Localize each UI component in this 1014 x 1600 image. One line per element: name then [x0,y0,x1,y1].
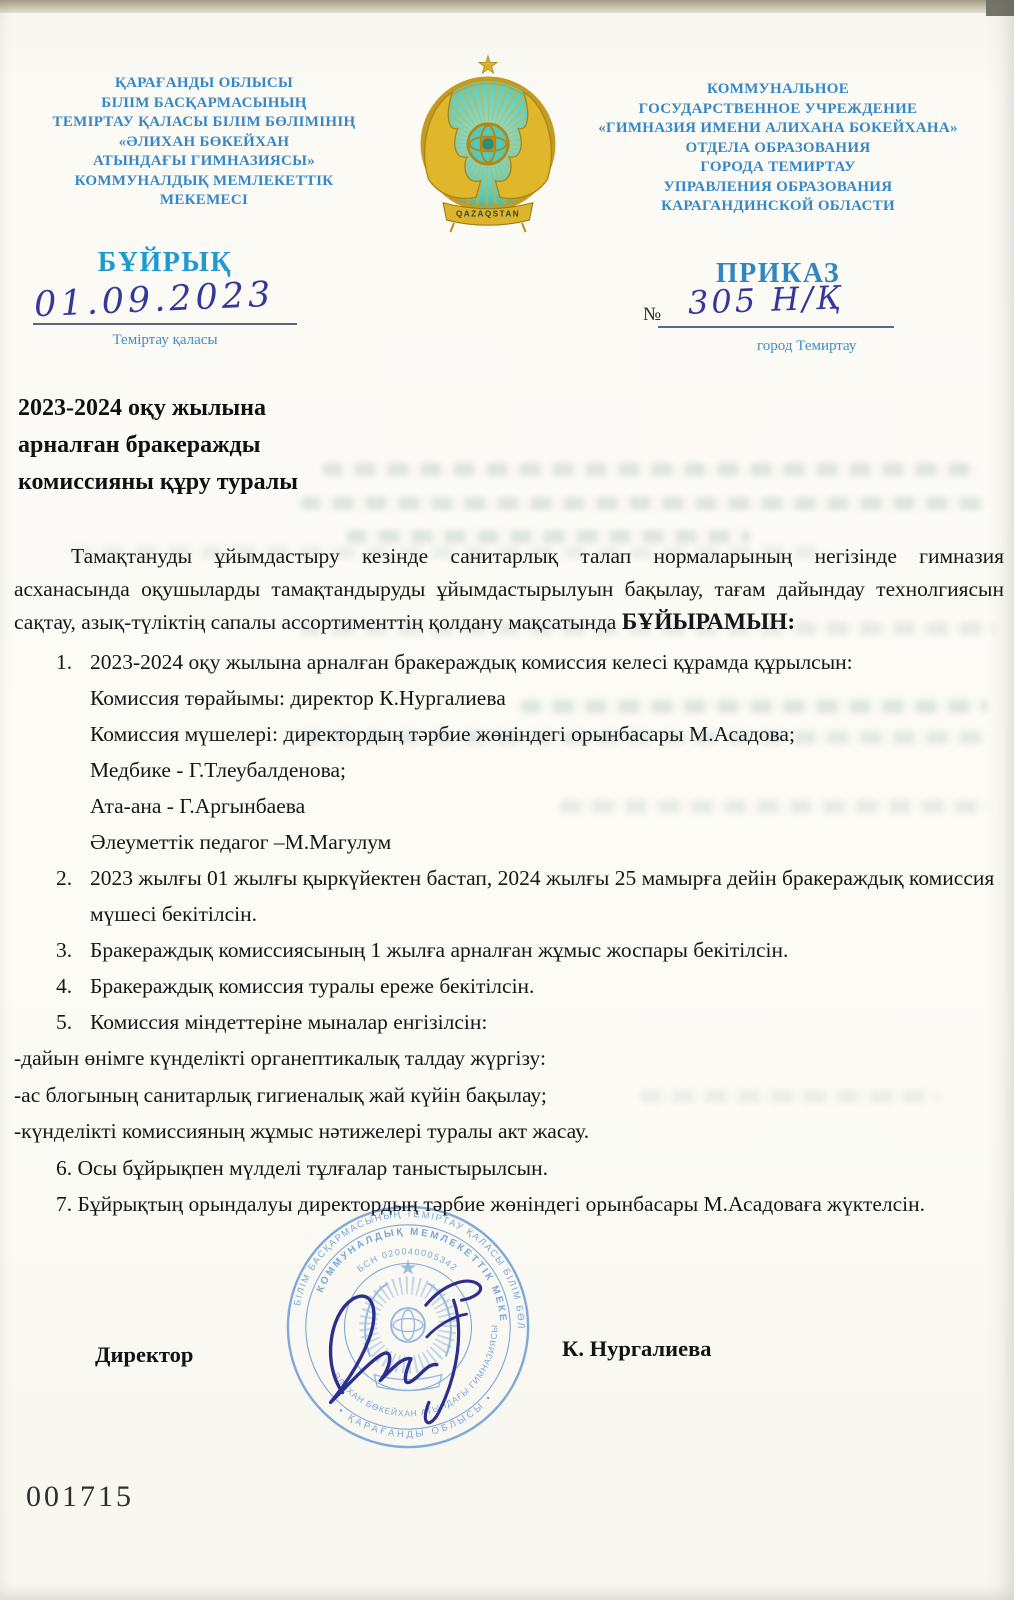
scan-corner-artifact [986,0,1014,16]
date-underline [33,323,297,325]
org-line: ТЕМІРТАУ ҚАЛАСЫ БІЛІМ БӨЛІМІНІҢ [38,113,370,133]
intro-text: Тамақтануды ұйымдастыру кезінде санитарл… [14,544,1004,634]
social-pedagogue-line: Әлеуметтік педагог –М.Магулум [90,824,1004,860]
emblem-banner-text: QAZAQSTAN [456,209,520,218]
item-text: Бракераждық комиссиясының 1 жылға арналғ… [86,932,1004,968]
order-title-kazakh: БҰЙРЫҚ [35,247,295,279]
nurse-line: Медбике - Г.Тлеубалденова; [90,752,1004,788]
org-line: ОТДЕЛА ОБРАЗОВАНИЯ [586,139,970,159]
item-number: 5. [56,1004,86,1040]
scan-edge-strip [0,0,1014,13]
duty-line: -күнделікті комиссияның жұмыс нәтижелері… [14,1113,1004,1150]
list-item: 4. Бракераждық комиссия туралы ереже бек… [14,968,1004,1004]
place-kazakh: Теміртау қаласы [35,332,295,349]
bleed-through-line [300,497,988,510]
org-name-russian: КОММУНАЛЬНОЕ ГОСУДАРСТВЕННОЕ УЧРЕЖДЕНИЕ … [586,80,970,217]
org-line: МЕКЕМЕСІ [38,191,370,211]
resolve-word: БҰЙЫРАМЫН: [622,609,796,635]
number-underline [658,326,894,328]
org-name-kazakh: ҚАРАҒАНДЫ ОБЛЫСЫ БІЛІМ БАСҚАРМАСЫНЫҢ ТЕМ… [38,74,370,211]
parent-line: Ата-ана - Г.Аргынбаева [90,788,1004,824]
org-line: БІЛІМ БАСҚАРМАСЫНЫҢ [38,94,370,114]
emblem-star [479,56,497,73]
official-round-stamp: БІЛІМ БАСҚАРМАСЫНЫҢ ТЕМІРТАУ ҚАЛАСЫ БІЛІ… [279,1198,537,1456]
subject-line: арналған бракеражды [18,427,478,464]
item-number: 4. [56,968,86,1004]
org-line: КОММУНАЛДЫҚ МЕМЛЕКЕТТІК [38,172,370,192]
list-item: 3. Бракераждық комиссиясының 1 жылға арн… [14,932,1004,968]
org-line: ГОРОДА ТЕМИРТАУ [586,158,970,178]
signer-role: Директор [95,1342,193,1368]
signer-name: К. Нургалиева [562,1336,711,1362]
duty-line: -ас блогының санитарлық гигиеналық жай к… [14,1077,1004,1114]
kazakhstan-emblem-icon: QAZAQSTAN [410,50,566,238]
item-text: 2023-2024 оқу жылына арналған бракеражды… [86,644,1004,680]
order-body: Тамақтануды ұйымдастыру кезінде санитарл… [14,540,1004,1223]
org-line: КОММУНАЛЬНОЕ [586,80,970,100]
place-russian: город Темиртау [757,338,856,355]
org-line: «ӘЛИХАН БӨКЕЙХАН [38,133,370,153]
subject-line: 2023-2024 оқу жылына [18,390,478,427]
org-line: ҚАРАҒАНДЫ ОБЛЫСЫ [38,74,370,94]
intro-paragraph: Тамақтануды ұйымдастыру кезінде санитарл… [14,540,1004,639]
org-line: КАРАГАНДИНСКОЙ ОБЛАСТИ [586,197,970,217]
list-item: 1. 2023-2024 оқу жылына арналған бракера… [14,644,1004,680]
item-text: 2023 жылғы 01 жылғы қыркүйектен бастап, … [86,860,1004,932]
commission-chair-line: Комиссия төрайымы: директор К.Нургалиева [90,680,1004,716]
item-text: Бракераждық комиссия туралы ереже бекіті… [86,968,1004,1004]
org-line: «ГИМНАЗИЯ ИМЕНИ АЛИХАНА БОКЕЙХАНА» [586,119,970,139]
item-text: Комиссия міндеттеріне мыналар енгізілсін… [86,1004,1004,1040]
item-six: 6. Осы бұйрықпен мүлделі тұлғалар таныст… [14,1150,1004,1187]
number-sign: № [643,304,661,326]
ordered-list: 1. 2023-2024 оқу жылына арналған бракера… [14,644,1004,1040]
duty-line: -дайын өнімге күнделікті органептикалық … [14,1040,1004,1077]
item-seven: 7. Бұйрықтың орындалуы директордың тәрби… [14,1186,1004,1223]
commission-members-line: Комиссия мүшелері: директордың тәрбие жө… [90,716,1004,752]
bleed-through-line [322,463,977,476]
handwritten-date: 01.09.2023 [33,275,275,325]
item-number: 3. [56,932,86,968]
org-line: АТЫНДАҒЫ ГИМНАЗИЯСЫ» [38,152,370,172]
org-line: УПРАВЛЕНИЯ ОБРАЗОВАНИЯ [586,178,970,198]
order-subject: 2023-2024 оқу жылына арналған бракеражды… [18,390,478,501]
list-item: 5. Комиссия міндеттеріне мыналар енгізіл… [14,1004,1004,1040]
handwritten-order-number: 305 Н/Қ [687,278,844,321]
scanned-order-document: ҚАРАҒАНДЫ ОБЛЫСЫ БІЛІМ БАСҚАРМАСЫНЫҢ ТЕМ… [0,0,1014,1600]
item-number: 1. [56,644,86,680]
org-line: ГОСУДАРСТВЕННОЕ УЧРЕЖДЕНИЕ [586,100,970,120]
item-number: 2. [56,860,86,932]
form-serial-number: 001715 [26,1480,134,1514]
list-item: 2. 2023 жылғы 01 жылғы қыркүйектен баста… [14,860,1004,932]
